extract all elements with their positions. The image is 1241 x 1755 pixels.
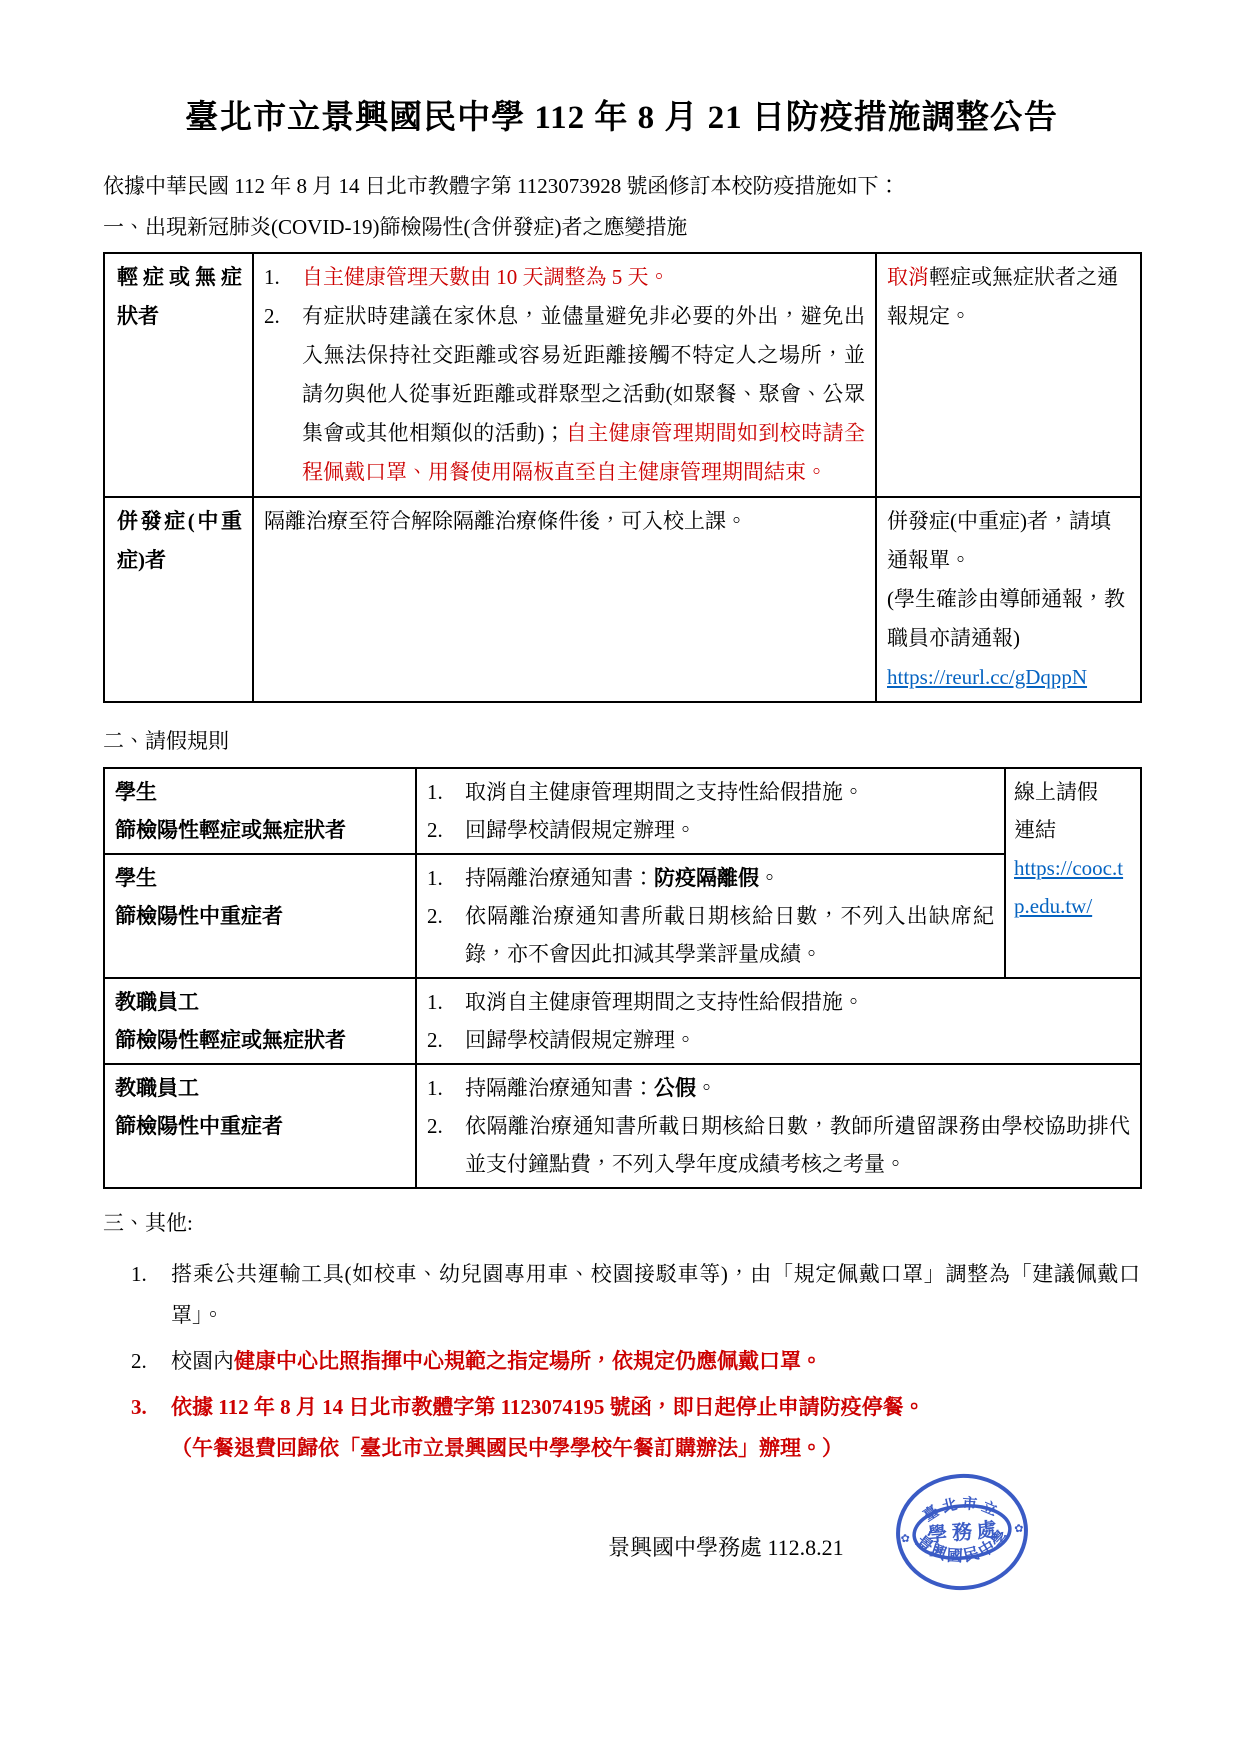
- measures-cell: 1. 自主健康管理天數由 10 天調整為 5 天。 2. 有症狀時建議在家休息，…: [253, 253, 876, 497]
- measures-cell: 隔離治療至符合解除隔離治療條件後，可入校上課。: [253, 497, 876, 702]
- list-item: 1. 取消自主健康管理期間之支持性給假措施。: [427, 983, 1130, 1021]
- list-item: 1. 搭乘公共運輸工具(如校車、幼兒園專用車、校園接駁車等)，由「規定佩戴口罩」…: [103, 1254, 1140, 1336]
- table-row: 教職員工 篩檢陽性輕症或無症狀者 1. 取消自主健康管理期間之支持性給假措施。 …: [104, 978, 1141, 1064]
- item-number: 2.: [131, 1341, 171, 1382]
- list-item: 1. 自主健康管理天數由 10 天調整為 5 天。: [264, 258, 865, 297]
- label-line: 學生: [115, 773, 405, 811]
- item-text: 依隔離治療通知書所載日期核給日數，不列入出缺席紀錄，亦不會因此扣減其學業評量成績…: [465, 897, 994, 973]
- list-item: 2. 回歸學校請假規定辦理。: [427, 811, 994, 849]
- label-line: 教職員工: [115, 1069, 405, 1107]
- list-item: 3. 依據 112 年 8 月 14 日北市教體字第 1123074195 號函…: [103, 1387, 1140, 1469]
- list-item: 2. 回歸學校請假規定辦理。: [427, 1021, 1130, 1059]
- note-cell: 併發症(中重症)者，請填通報單。 (學生確診由導師通報，教職員亦請通報) htt…: [876, 497, 1141, 702]
- table-row: 學生 篩檢陽性中重症者 1. 持隔離治療通知書：防疫隔離假。 2. 依隔離治療通…: [104, 854, 1141, 978]
- footer: 景興國中學務處 112.8.21 臺 北 市 立 景興國民中學 學 務 處 ✿ …: [103, 1469, 1140, 1709]
- item-text-pre: 持隔離治療通知書：: [465, 866, 654, 890]
- item-number: 1.: [264, 258, 302, 297]
- item-number: 2.: [427, 897, 465, 973]
- item-text: 回歸學校請假規定辦理。: [465, 1021, 1130, 1059]
- online-leave-label: 線上請假: [1014, 773, 1132, 811]
- label-line: 教職員工: [115, 983, 405, 1021]
- rules-cell: 1. 持隔離治療通知書：防疫隔離假。 2. 依隔離治療通知書所載日期核給日數，不…: [416, 854, 1005, 978]
- list-item: 1. 持隔離治療通知書：防疫隔離假。: [427, 859, 994, 897]
- label-line: 篩檢陽性中重症者: [115, 897, 405, 935]
- item-number: 2.: [427, 811, 465, 849]
- item-number: 2.: [427, 1021, 465, 1059]
- section2-heading: 二、請假規則: [103, 725, 1140, 759]
- item-text-red: 健康中心比照指揮中心規範之指定場所，依規定仍應佩戴口罩。: [234, 1349, 822, 1373]
- item-text-red: 自主健康管理天數由 10 天調整為 5 天。: [302, 258, 865, 297]
- note-line: (學生確診由導師通報，教職員亦請通報): [887, 580, 1130, 658]
- rules-cell: 1. 持隔離治療通知書：公假。 2. 依隔離治療通知書所載日期核給日數，教師所遺…: [416, 1064, 1141, 1188]
- plum-blossom-icon: ✿: [900, 1533, 910, 1546]
- item-text-black: 校園內: [171, 1349, 234, 1373]
- item-text: 取消自主健康管理期間之支持性給假措施。: [465, 773, 994, 811]
- item-number: 1.: [427, 983, 465, 1021]
- list-item: 2. 校園內健康中心比照指揮中心規範之指定場所，依規定仍應佩戴口罩。: [103, 1341, 1140, 1382]
- item-text: 依隔離治療通知書所載日期核給日數，教師所遺留課務由學校協助排代並支付鐘點費，不列…: [465, 1107, 1130, 1183]
- leave-rules-table: 學生 篩檢陽性輕症或無症狀者 1. 取消自主健康管理期間之支持性給假措施。 2.…: [103, 767, 1142, 1189]
- online-leave-link[interactable]: https://cooc.tp.edu.tw/: [1014, 856, 1123, 918]
- item-text-pre: 持隔離治療通知書：: [465, 1076, 654, 1100]
- row-label-student-mild: 學生 篩檢陽性輕症或無症狀者: [104, 768, 416, 854]
- school-stamp: 臺 北 市 立 景興國民中學 學 務 處 ✿ ✿: [886, 1464, 1038, 1602]
- measures-table: 輕症或無症狀者 1. 自主健康管理天數由 10 天調整為 5 天。 2. 有症狀…: [103, 252, 1142, 703]
- page-title: 臺北市立景興國民中學 112 年 8 月 21 日防疫措施調整公告: [103, 95, 1140, 141]
- note-line: 併發症(中重症)者，請填通報單。: [887, 502, 1130, 580]
- item-text: 校園內健康中心比照指揮中心規範之指定場所，依規定仍應佩戴口罩。: [171, 1341, 1140, 1382]
- table-row: 教職員工 篩檢陽性中重症者 1. 持隔離治療通知書：公假。 2. 依隔離治療通知…: [104, 1064, 1141, 1188]
- note-cell: 取消輕症或無症狀者之通報規定。: [876, 253, 1141, 497]
- label-line: 篩檢陽性中重症者: [115, 1107, 405, 1145]
- item-number: 1.: [427, 859, 465, 897]
- plum-blossom-icon: ✿: [1014, 1523, 1024, 1536]
- item-text-bold: 公假: [654, 1076, 696, 1100]
- section1-heading: 一、出現新冠肺炎(COVID-19)篩檢陽性(含併發症)者之應變措施: [103, 211, 1140, 245]
- row-label-staff-mild: 教職員工 篩檢陽性輕症或無症狀者: [104, 978, 416, 1064]
- item-number: 3.: [131, 1387, 171, 1469]
- row-label-severe-cases: 併發症(中重症)者: [104, 497, 253, 702]
- online-leave-label: 連結: [1014, 811, 1132, 849]
- label-line: 篩檢陽性輕症或無症狀者: [115, 1021, 405, 1059]
- rules-cell: 1. 取消自主健康管理期間之支持性給假措施。 2. 回歸學校請假規定辦理。: [416, 978, 1141, 1064]
- row-body-text: 隔離治療至符合解除隔離治療條件後，可入校上課。: [264, 509, 747, 533]
- list-item: 1. 取消自主健康管理期間之支持性給假措施。: [427, 773, 994, 811]
- item-text: 有症狀時建議在家休息，並儘量避免非必要的外出，避免出入無法保持社交距離或容易近距…: [302, 297, 865, 492]
- list-item: 1. 持隔離治療通知書：公假。: [427, 1069, 1130, 1107]
- item-text-bold: 防疫隔離假: [654, 866, 759, 890]
- report-form-link[interactable]: https://reurl.cc/gDqppN: [887, 665, 1087, 689]
- item-text: 取消自主健康管理期間之支持性給假措施。: [465, 983, 1130, 1021]
- label-line: 學生: [115, 859, 405, 897]
- item-number: 1.: [427, 773, 465, 811]
- note-red: 取消: [887, 265, 929, 289]
- announcement-page: 臺北市立景興國民中學 112 年 8 月 21 日防疫措施調整公告 依據中華民國…: [0, 0, 1241, 1755]
- table-row: 學生 篩檢陽性輕症或無症狀者 1. 取消自主健康管理期間之支持性給假措施。 2.…: [104, 768, 1141, 854]
- list-item: 2. 依隔離治療通知書所載日期核給日數，不列入出缺席紀錄，亦不會因此扣減其學業評…: [427, 897, 994, 973]
- row-label-mild-cases: 輕症或無症狀者: [104, 253, 253, 497]
- list-item: 2. 有症狀時建議在家休息，並儘量避免非必要的外出，避免出入無法保持社交距離或容…: [264, 297, 865, 492]
- item-text-post: 。: [696, 1076, 717, 1100]
- row-label-staff-severe: 教職員工 篩檢陽性中重症者: [104, 1064, 416, 1188]
- table-row: 輕症或無症狀者 1. 自主健康管理天數由 10 天調整為 5 天。 2. 有症狀…: [104, 253, 1141, 497]
- item-text: 依據 112 年 8 月 14 日北市教體字第 1123074195 號函，即日…: [171, 1387, 1140, 1469]
- item-number: 2.: [427, 1107, 465, 1183]
- signature-line: 景興國中學務處 112.8.21: [608, 1531, 844, 1562]
- rules-cell: 1. 取消自主健康管理期間之支持性給假措施。 2. 回歸學校請假規定辦理。: [416, 768, 1005, 854]
- intro-paragraph: 依據中華民國 112 年 8 月 14 日北市教體字第 1123073928 號…: [103, 171, 1140, 203]
- item-text: 回歸學校請假規定辦理。: [465, 811, 994, 849]
- item-number: 1.: [131, 1254, 171, 1336]
- label-line: 篩檢陽性輕症或無症狀者: [115, 811, 405, 849]
- other-rules-list: 1. 搭乘公共運輸工具(如校車、幼兒園專用車、校園接駁車等)，由「規定佩戴口罩」…: [103, 1254, 1140, 1469]
- row-label-student-severe: 學生 篩檢陽性中重症者: [104, 854, 416, 978]
- item-number: 1.: [427, 1069, 465, 1107]
- list-item: 2. 依隔離治療通知書所載日期核給日數，教師所遺留課務由學校協助排代並支付鐘點費…: [427, 1107, 1130, 1183]
- table-row: 併發症(中重症)者 隔離治療至符合解除隔離治療條件後，可入校上課。 併發症(中重…: [104, 497, 1141, 702]
- item-text-red: 依據 112 年 8 月 14 日北市教體字第 1123074195 號函，即日…: [171, 1387, 1140, 1428]
- item-text: 搭乘公共運輸工具(如校車、幼兒園專用車、校園接駁車等)，由「規定佩戴口罩」調整為…: [171, 1254, 1140, 1336]
- item-text-red: （午餐退費回歸依「臺北市立景興國民中學學校午餐訂購辦法」辦理。）: [171, 1428, 1140, 1469]
- item-text-post: 。: [759, 866, 780, 890]
- online-leave-cell: 線上請假 連結 https://cooc.tp.edu.tw/: [1005, 768, 1141, 978]
- item-text: 持隔離治療通知書：公假。: [465, 1069, 1130, 1107]
- item-number: 2.: [264, 297, 302, 492]
- section3-heading: 三、其他:: [103, 1207, 1140, 1241]
- item-text: 持隔離治療通知書：防疫隔離假。: [465, 859, 994, 897]
